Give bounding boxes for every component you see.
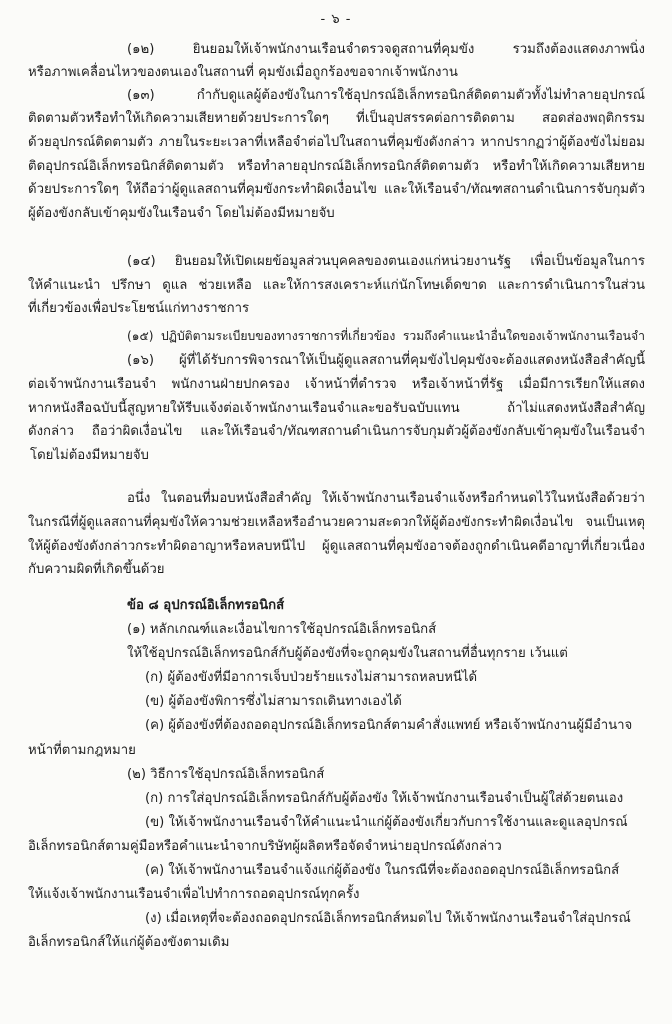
text-line: โดยไม่ต้องมีหมายจับ — [30, 446, 149, 466]
text-line: หน้าที่ตามกฎหมาย — [28, 741, 136, 761]
text-line: (๑๓) กำกับดูแลผู้ต้องขังในการใช้อุปกรณ์อ… — [127, 86, 645, 106]
text-line: ที่เกี่ยวข้องเพื่อประโยชน์แก่ทางราชการ — [28, 299, 249, 319]
text-line: หรือภาพเคลื่อนไหวของตนเองในสถานที่ คุมขั… — [28, 63, 458, 83]
text-line: ติดอุปกรณ์อิเล็กทรอนิกส์ติดตามตัว หรือทำ… — [28, 157, 645, 177]
text-line: อนึ่ง ในตอนที่มอบหนังสือสำคัญ ให้เจ้าพนั… — [127, 489, 645, 509]
section-heading: ข้อ ๘ อุปกรณ์อิเล็กทรอนิกส์ — [127, 596, 284, 616]
text-line: กับความผิดที่เกิดขึ้นด้วย — [28, 560, 164, 580]
text-line: (๑) หลักเกณฑ์และเงื่อนไขการใช้อุปกรณ์อิเ… — [127, 620, 436, 640]
text-line: ดังกล่าว ถือว่าผิดเงื่อนไข และให้เรือนจำ… — [28, 422, 645, 442]
text-line: หากหนังสือฉบับนี้สูญหายให้รีบแจ้งต่อเจ้า… — [28, 399, 645, 419]
text-line: ด้วยอุปกรณ์ติดตามตัว ภายในระยะเวลาที่เหล… — [28, 133, 645, 153]
text-line: (ข) ผู้ต้องขังพิการซึ่งไม่สามารถเดินทางเ… — [145, 692, 402, 712]
text-line: ให้คำแนะนำ ปรึกษา ดูแล ช่วยเหลือ และให้ก… — [28, 276, 645, 296]
text-line: (๑๖) ผู้ที่ได้รับการพิจารณาให้เป็นผู้ดูแ… — [127, 351, 645, 371]
text-line: อิเล็กทรอนิกส์ให้แก่ผู้ต้องขังตามเดิม — [28, 933, 229, 953]
text-line: (ง) เมื่อเหตุที่จะต้องถอดอุปกรณ์อิเล็กทร… — [145, 909, 631, 929]
text-line: (ข) ให้เจ้าพนักงานเรือนจำให้คำแนะนำแก่ผู… — [145, 813, 628, 833]
text-line: (๑๕) ปฏิบัติตามระเบียบของทางราชการที่เกี… — [127, 326, 645, 346]
text-line: (ค) ให้เจ้าพนักงานเรือนจำแจ้งแก่ผู้ต้องข… — [145, 861, 619, 881]
text-line: (๑๔) ยินยอมให้เปิดเผยข้อมูลส่วนบุคคลของต… — [127, 252, 645, 272]
text-line: (๑๒) ยินยอมให้เจ้าพนักงานเรือนจำตรวจดูสถ… — [127, 40, 645, 60]
text-line: (ค) ผู้ต้องขังที่ต้องถอดอุปกรณ์อิเล็กทรอ… — [145, 716, 632, 736]
text-line: ให้แจ้งเจ้าพนักงานเรือนจำเพื่อไปทำการถอด… — [28, 885, 359, 905]
text-line: ต่อเจ้าพนักงานเรือนจำ พนักงานฝ่ายปกครอง … — [28, 375, 645, 395]
text-line: ติดตามตัวหรือทำให้เกิดความเสียหายด้วยประ… — [28, 109, 645, 129]
text-line: (ก) ผู้ต้องขังที่มีอาการเจ็บป่วยร้ายแรงไ… — [145, 668, 477, 688]
text-line: (ก) การใส่อุปกรณ์อิเล็กทรอนิกส์กับผู้ต้อ… — [145, 789, 623, 809]
text-line: ด้วยประการใดๆ ให้ถือว่าผู้ดูแลสถานที่คุม… — [28, 180, 645, 200]
text-line: ให้ใช้อุปกรณ์อิเล็กทรอนิกส์กับผู้ต้องขัง… — [127, 644, 568, 664]
text-line: ให้ผู้ต้องขังดังกล่าวกระทำผิดอาญาหรือหลบ… — [28, 537, 645, 557]
text-line: (๒) วิธีการใช้อุปกรณ์อิเล็กทรอนิกส์ — [127, 765, 324, 785]
text-line: อิเล็กทรอนิกส์ตามคู่มือหรือคำแนะนำจากบริ… — [28, 837, 502, 857]
text-line: ผู้ต้องขังกลับเข้าคุมขังในเรือนจำ โดยไม่… — [28, 204, 335, 224]
page-number: - ๖ - — [0, 8, 672, 29]
text-line: ในกรณีที่ผู้ดูแลสถานที่คุมขังให้ความช่วย… — [28, 513, 645, 533]
